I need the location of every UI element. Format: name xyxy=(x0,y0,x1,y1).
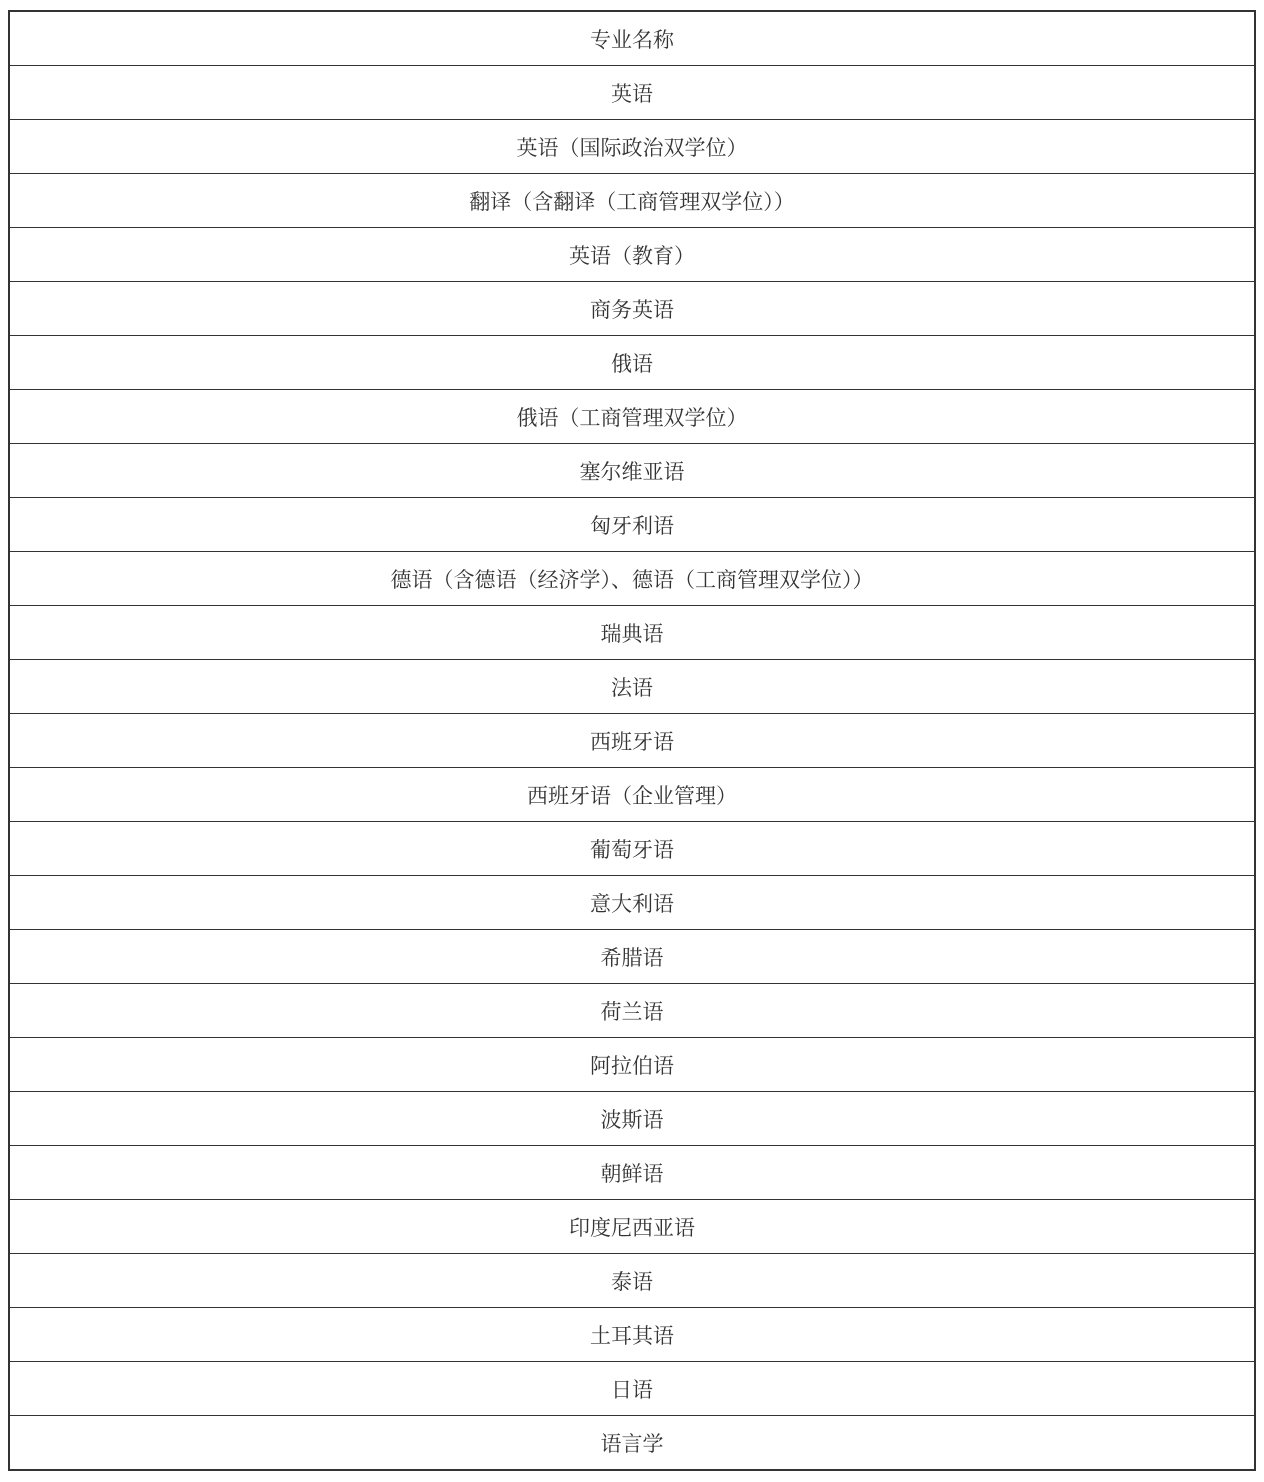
table-row: 泰语 xyxy=(9,1254,1255,1308)
column-header-major-name: 专业名称 xyxy=(9,11,1255,66)
table-row: 日语 xyxy=(9,1362,1255,1416)
cell-major-name: 希腊语 xyxy=(9,930,1255,984)
table-row: 西班牙语（企业管理） xyxy=(9,768,1255,822)
cell-major-name: 英语 xyxy=(9,66,1255,120)
cell-major-name: 印度尼西亚语 xyxy=(9,1200,1255,1254)
table-row: 德语（含德语（经济学）、德语（工商管理双学位）） xyxy=(9,552,1255,606)
cell-major-name: 俄语（工商管理双学位） xyxy=(9,390,1255,444)
table-row: 商务英语 xyxy=(9,282,1255,336)
table-row: 希腊语 xyxy=(9,930,1255,984)
cell-major-name: 匈牙利语 xyxy=(9,498,1255,552)
cell-major-name: 土耳其语 xyxy=(9,1308,1255,1362)
table-body: 英语英语（国际政治双学位）翻译（含翻译（工商管理双学位））英语（教育）商务英语俄… xyxy=(9,66,1255,1471)
table-row: 英语（国际政治双学位） xyxy=(9,120,1255,174)
major-name-table: 专业名称 英语英语（国际政治双学位）翻译（含翻译（工商管理双学位））英语（教育）… xyxy=(8,10,1256,1471)
cell-major-name: 泰语 xyxy=(9,1254,1255,1308)
cell-major-name: 瑞典语 xyxy=(9,606,1255,660)
cell-major-name: 波斯语 xyxy=(9,1092,1255,1146)
table-row: 匈牙利语 xyxy=(9,498,1255,552)
table-row: 法语 xyxy=(9,660,1255,714)
table-row: 荷兰语 xyxy=(9,984,1255,1038)
table-row: 塞尔维亚语 xyxy=(9,444,1255,498)
table-row: 英语 xyxy=(9,66,1255,120)
cell-major-name: 意大利语 xyxy=(9,876,1255,930)
cell-major-name: 英语（国际政治双学位） xyxy=(9,120,1255,174)
table-row: 俄语（工商管理双学位） xyxy=(9,390,1255,444)
table-row: 土耳其语 xyxy=(9,1308,1255,1362)
table-row: 翻译（含翻译（工商管理双学位）） xyxy=(9,174,1255,228)
cell-major-name: 俄语 xyxy=(9,336,1255,390)
cell-major-name: 商务英语 xyxy=(9,282,1255,336)
page: 专业名称 英语英语（国际政治双学位）翻译（含翻译（工商管理双学位））英语（教育）… xyxy=(0,0,1264,1482)
cell-major-name: 西班牙语（企业管理） xyxy=(9,768,1255,822)
cell-major-name: 德语（含德语（经济学）、德语（工商管理双学位）） xyxy=(9,552,1255,606)
table-row: 印度尼西亚语 xyxy=(9,1200,1255,1254)
table-row: 葡萄牙语 xyxy=(9,822,1255,876)
cell-major-name: 荷兰语 xyxy=(9,984,1255,1038)
table-row: 朝鲜语 xyxy=(9,1146,1255,1200)
cell-major-name: 语言学 xyxy=(9,1416,1255,1471)
table-row: 语言学 xyxy=(9,1416,1255,1471)
cell-major-name: 西班牙语 xyxy=(9,714,1255,768)
cell-major-name: 塞尔维亚语 xyxy=(9,444,1255,498)
cell-major-name: 朝鲜语 xyxy=(9,1146,1255,1200)
table-header-row: 专业名称 xyxy=(9,11,1255,66)
table-row: 波斯语 xyxy=(9,1092,1255,1146)
table-row: 瑞典语 xyxy=(9,606,1255,660)
table-row: 西班牙语 xyxy=(9,714,1255,768)
cell-major-name: 法语 xyxy=(9,660,1255,714)
cell-major-name: 阿拉伯语 xyxy=(9,1038,1255,1092)
cell-major-name: 英语（教育） xyxy=(9,228,1255,282)
cell-major-name: 日语 xyxy=(9,1362,1255,1416)
table-row: 阿拉伯语 xyxy=(9,1038,1255,1092)
table-row: 俄语 xyxy=(9,336,1255,390)
cell-major-name: 翻译（含翻译（工商管理双学位）） xyxy=(9,174,1255,228)
table-row: 英语（教育） xyxy=(9,228,1255,282)
cell-major-name: 葡萄牙语 xyxy=(9,822,1255,876)
table-row: 意大利语 xyxy=(9,876,1255,930)
